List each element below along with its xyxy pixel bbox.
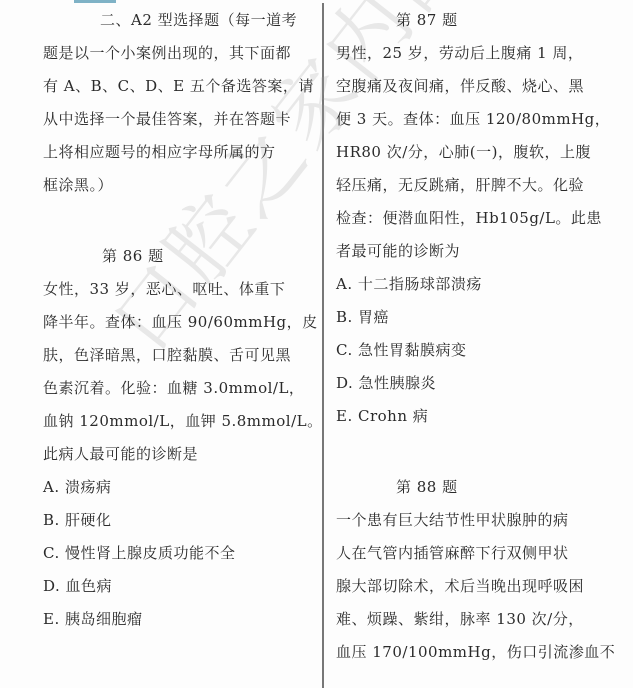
answer-option-e: E. Crohn 病 xyxy=(336,400,611,433)
question-stem-line: 降半年。查体：血压 90/60mmHg，皮 xyxy=(43,306,313,339)
intro-line: 从中选择一个最佳答案，并在答题卡 xyxy=(43,103,313,136)
column-divider xyxy=(322,3,324,688)
question-stem-line: 难、烦躁、紫绀，脉率 130 次/分， xyxy=(336,603,611,636)
answer-option-d: D. 急性胰腺炎 xyxy=(336,367,611,400)
question-stem-line: 腺大部切除术，术后当晚出现呼吸困 xyxy=(336,570,611,603)
answer-option-d: D. 血色病 xyxy=(43,570,313,603)
question-88: 第 88 题 一个患有巨大结节性甲状腺肿的病 人在气管内插管麻醉下行双侧甲状 腺… xyxy=(336,471,611,669)
question-86: 第 86 题 女性，33 岁，恶心、呕吐、体重下 降半年。查体：血压 90/60… xyxy=(43,240,313,636)
answer-option-a: A. 溃疡病 xyxy=(43,471,313,504)
question-stem-line: 此病人最可能的诊断是 xyxy=(43,438,313,471)
question-stem-line: 人在气管内插管麻醉下行双侧甲状 xyxy=(336,537,611,570)
answer-option-e: E. 胰岛细胞瘤 xyxy=(43,603,313,636)
answer-option-b: B. 肝硬化 xyxy=(43,504,313,537)
answer-option-b: B. 胃癌 xyxy=(336,301,611,334)
question-stem-line: 一个患有巨大结节性甲状腺肿的病 xyxy=(336,504,611,537)
top-tab-indicator xyxy=(74,0,116,3)
intro-line: 有 A、B、C、D、E 五个备选答案，请 xyxy=(43,70,313,103)
right-column: 第 87 题 男性，25 岁，劳动后上腹痛 1 周， 空腹痛及夜间痛，伴反酸、烧… xyxy=(336,4,611,669)
question-stem-line: HR80 次/分，心肺(一)，腹软，上腹 xyxy=(336,136,611,169)
question-title: 第 86 题 xyxy=(43,240,313,273)
question-stem-line: 者最可能的诊断为 xyxy=(336,235,611,268)
question-stem-line: 检查：便潜血阳性，Hb105g/L。此患 xyxy=(336,202,611,235)
question-stem-line: 肤，色泽暗黑，口腔黏膜、舌可见黑 xyxy=(43,339,313,372)
question-stem-line: 空腹痛及夜间痛，伴反酸、烧心、黑 xyxy=(336,70,611,103)
answer-option-a: A. 十二指肠球部溃疡 xyxy=(336,268,611,301)
question-stem-line: 女性，33 岁，恶心、呕吐、体重下 xyxy=(43,273,313,306)
question-stem-line: 便 3 天。查体：血压 120/80mmHg， xyxy=(336,103,611,136)
question-title: 第 88 题 xyxy=(336,471,611,504)
section-intro: 二、A2 型选择题（每一道考 题是以一个小案例出现的，其下面都 有 A、B、C、… xyxy=(43,4,313,202)
question-87: 第 87 题 男性，25 岁，劳动后上腹痛 1 周， 空腹痛及夜间痛，伴反酸、烧… xyxy=(336,4,611,433)
intro-line: 框涂黑。） xyxy=(43,169,313,202)
question-title: 第 87 题 xyxy=(336,4,611,37)
question-stem-line: 血压 170/100mmHg，伤口引流渗血不 xyxy=(336,636,611,669)
answer-option-c: C. 慢性肾上腺皮质功能不全 xyxy=(43,537,313,570)
intro-line: 二、A2 型选择题（每一道考 xyxy=(43,4,313,37)
question-stem-line: 轻压痛，无反跳痛，肝脾不大。化验 xyxy=(336,169,611,202)
answer-option-c: C. 急性胃黏膜病变 xyxy=(336,334,611,367)
question-stem-line: 血钠 120mmol/L，血钾 5.8mmol/L。 xyxy=(43,405,313,438)
question-stem-line: 色素沉着。化验：血糖 3.0mmol/L， xyxy=(43,372,313,405)
question-stem-line: 男性，25 岁，劳动后上腹痛 1 周， xyxy=(336,37,611,70)
left-column: 二、A2 型选择题（每一道考 题是以一个小案例出现的，其下面都 有 A、B、C、… xyxy=(43,4,313,636)
intro-line: 题是以一个小案例出现的，其下面都 xyxy=(43,37,313,70)
intro-line: 上将相应题号的相应字母所属的方 xyxy=(43,136,313,169)
